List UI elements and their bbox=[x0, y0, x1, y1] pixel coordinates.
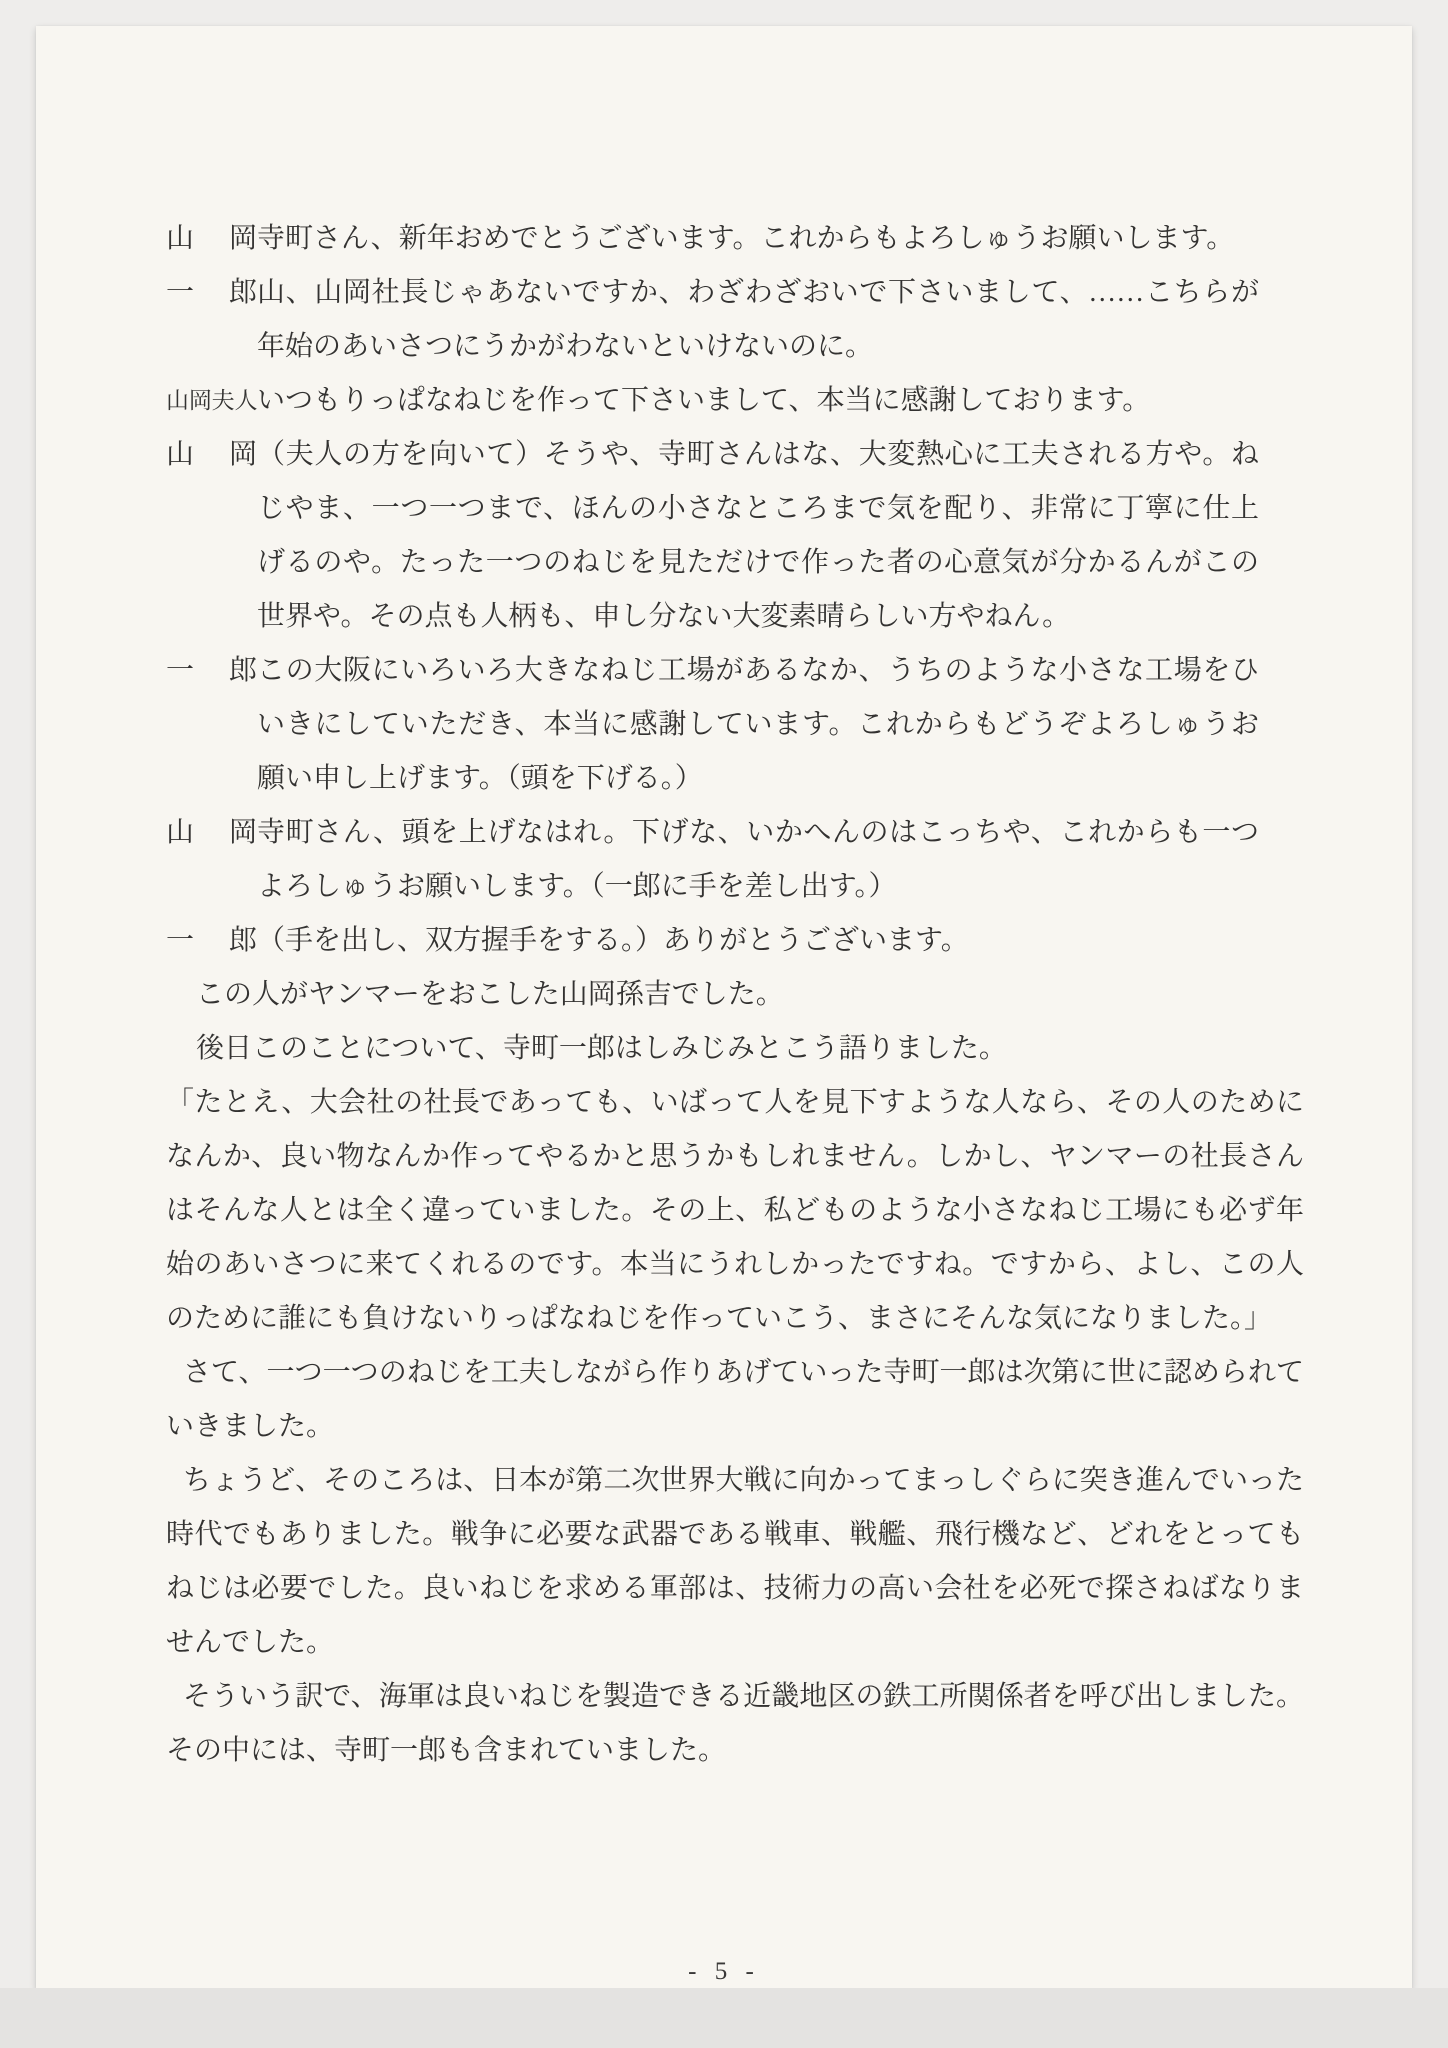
speech-text: 山、山岡社長じゃあないですか、わざわざおいで下さいまして、……こちらが年始のあい… bbox=[257, 266, 1259, 374]
speech-text: この大阪にいろいろ大きなねじ工場があるなか、うちのような小さな工場をひいきにして… bbox=[257, 644, 1259, 806]
speaker-name: 山 岡 bbox=[166, 428, 257, 482]
speech-text: 寺町さん、頭を上げなはれ。下げな、いかへんのはこっちや、これからも一つよろしゅう… bbox=[257, 806, 1259, 914]
speech-text: いつもりっぱなねじを作って下さいまして、本当に感謝しております。 bbox=[257, 374, 1259, 428]
speaker-name: 山 岡 bbox=[166, 806, 257, 860]
document-page: 山 岡 寺町さん、新年おめでとうございます。これからもよろしゅうお願いします。 … bbox=[36, 26, 1412, 1989]
speaker-name: 一 郎 bbox=[166, 644, 257, 698]
dialogue-row: 一 郎 山、山岡社長じゃあないですか、わざわざおいで下さいまして、……こちらが年… bbox=[166, 266, 1306, 374]
dialogue-row: 山 岡 寺町さん、新年おめでとうございます。これからもよろしゅうお願いします。 bbox=[166, 212, 1306, 266]
paragraph: ちょうど、そのころは、日本が第二次世界大戦に向かってまっしぐらに突き進んでいった… bbox=[166, 1454, 1304, 1670]
paragraph: さて、一つ一つのねじを工夫しながら作りあげていった寺町一郎は次第に世に認められて… bbox=[166, 1346, 1304, 1454]
speaker-name: 山岡夫人 bbox=[166, 374, 257, 428]
paragraph: そういう訳で、海軍は良いねじを製造できる近畿地区の鉄工所関係者を呼び出しました。… bbox=[166, 1670, 1304, 1778]
dialogue-row: 山 岡 （夫人の方を向いて）そうや、寺町さんはな、大変熱心に工夫される方や。ねじ… bbox=[166, 428, 1306, 644]
speech-text: 寺町さん、新年おめでとうございます。これからもよろしゅうお願いします。 bbox=[257, 212, 1259, 266]
paragraph: 「たとえ、大会社の社長であっても、いばって人を見下すような人なら、その人のために… bbox=[166, 1076, 1304, 1346]
page-content: 山 岡 寺町さん、新年おめでとうございます。これからもよろしゅうお願いします。 … bbox=[166, 212, 1306, 1778]
paragraph: この人がヤンマーをおこした山岡孫吉でした。 bbox=[166, 968, 1304, 1022]
paragraph: 後日このことについて、寺町一郎はしみじみとこう語りました。 bbox=[166, 1022, 1304, 1076]
speaker-name: 山 岡 bbox=[166, 212, 257, 266]
dialogue-row: 一 郎 （手を出し、双方握手をする。）ありがとうございます。 bbox=[166, 914, 1306, 968]
speaker-name: 一 郎 bbox=[166, 914, 257, 968]
speech-text: （夫人の方を向いて）そうや、寺町さんはな、大変熱心に工夫される方や。ねじやま、一… bbox=[257, 428, 1259, 644]
speaker-name: 一 郎 bbox=[166, 266, 257, 320]
dialogue-row: 山 岡 寺町さん、頭を上げなはれ。下げな、いかへんのはこっちや、これからも一つよ… bbox=[166, 806, 1306, 914]
page-number: - 5 - bbox=[36, 1957, 1412, 1987]
scan-bottom-edge bbox=[0, 1988, 1448, 2048]
dialogue-row: 山岡夫人 いつもりっぱなねじを作って下さいまして、本当に感謝しております。 bbox=[166, 374, 1306, 428]
speech-text: （手を出し、双方握手をする。）ありがとうございます。 bbox=[257, 914, 1259, 968]
dialogue-row: 一 郎 この大阪にいろいろ大きなねじ工場があるなか、うちのような小さな工場をひい… bbox=[166, 644, 1306, 806]
